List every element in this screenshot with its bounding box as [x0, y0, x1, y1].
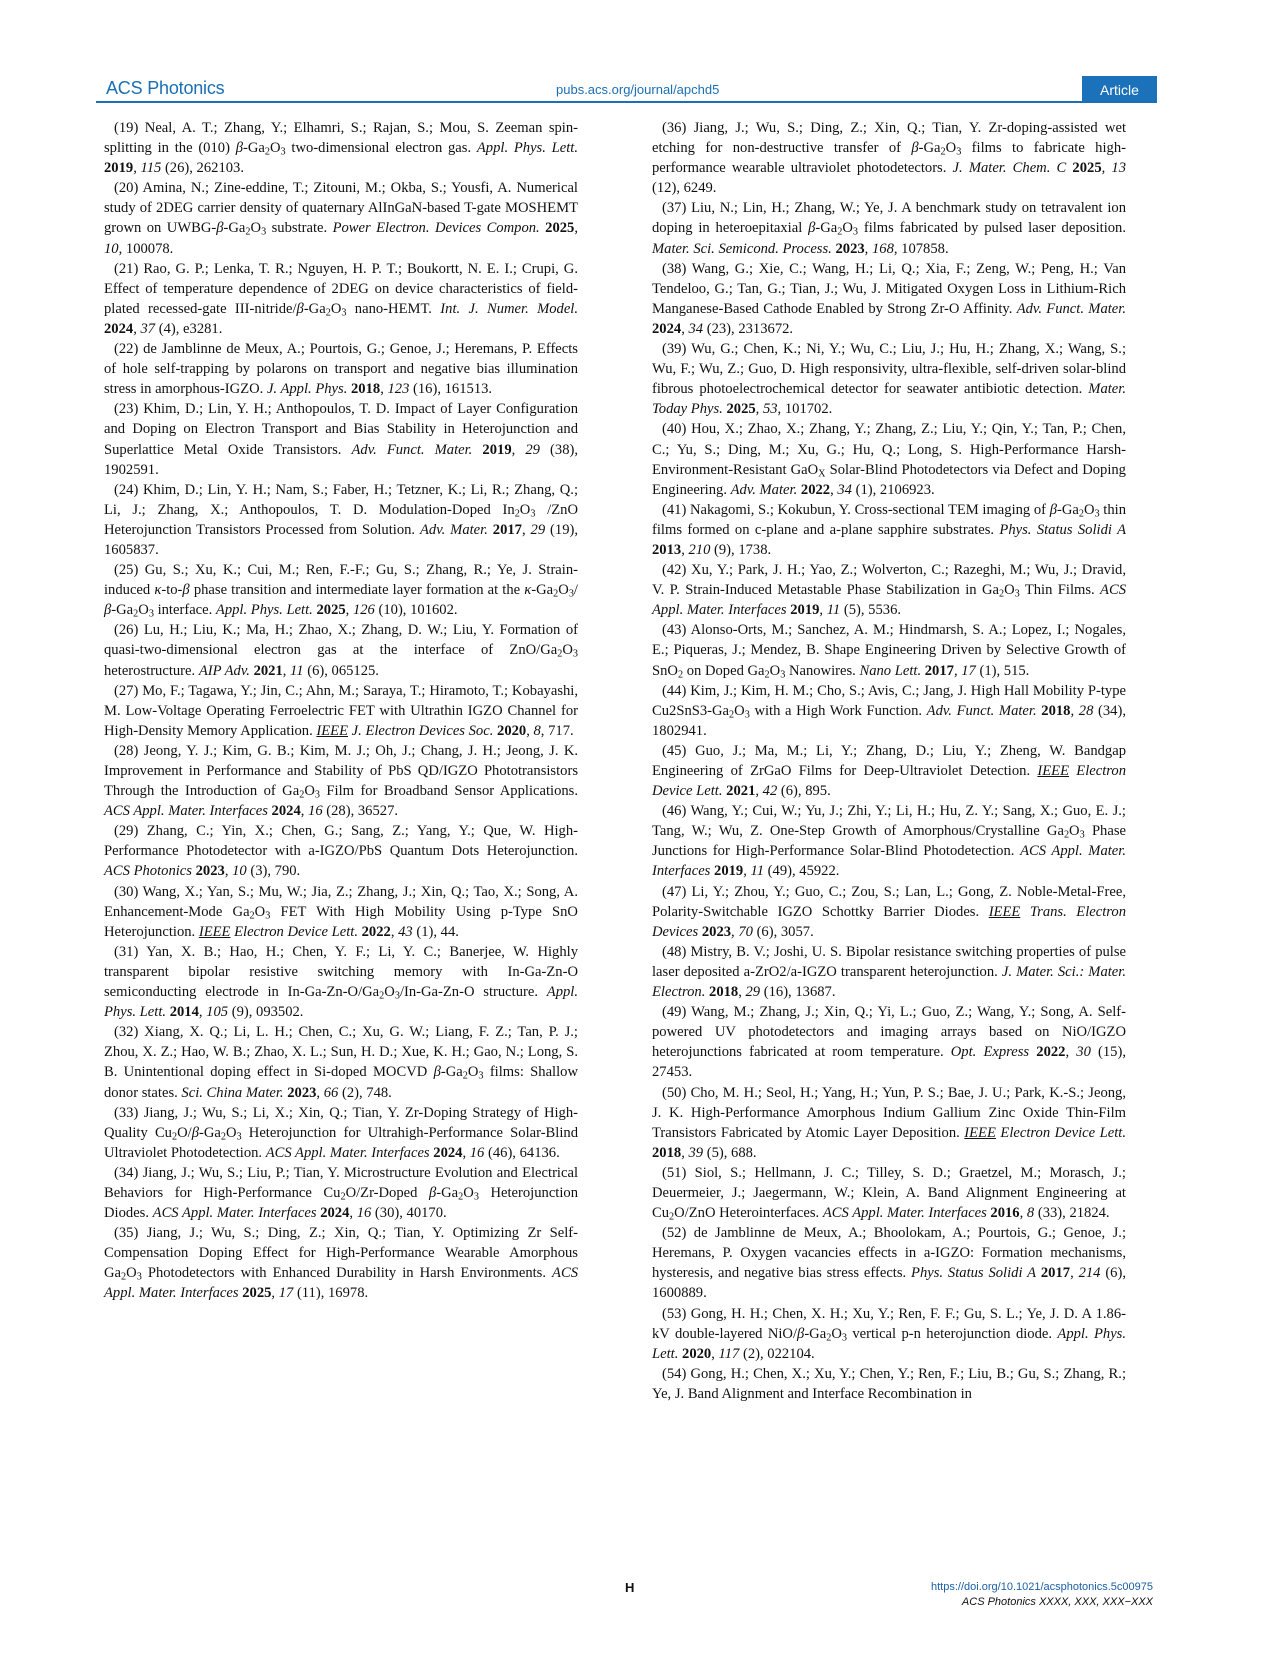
- reference-text: Rao, G. P.; Lenka, T. R.; Nguyen, H. P. …: [104, 261, 578, 337]
- reference-number: (34): [114, 1165, 143, 1181]
- reference-text: Xu, Y.; Park, J. H.; Yao, Z.; Wolverton,…: [652, 562, 1126, 618]
- reference-number: (37): [662, 200, 691, 216]
- reference-text: Jiang, J.; Wu, S.; Li, X.; Xin, Q.; Tian…: [104, 1105, 578, 1161]
- reference-item: (28) Jeong, Y. J.; Kim, G. B.; Kim, M. J…: [104, 741, 578, 821]
- reference-item: (54) Gong, H.; Chen, X.; Xu, Y.; Chen, Y…: [652, 1364, 1126, 1404]
- reference-item: (52) de Jamblinne de Meux, A.; Bhoolokam…: [652, 1223, 1126, 1303]
- reference-item: (48) Mistry, B. V.; Joshi, U. S. Bipolar…: [652, 942, 1126, 1002]
- reference-number: (38): [662, 261, 692, 277]
- reference-number: (43): [662, 622, 691, 638]
- reference-item: (44) Kim, J.; Kim, H. M.; Cho, S.; Avis,…: [652, 681, 1126, 741]
- reference-text: Gu, S.; Xu, K.; Cui, M.; Ren, F.-F.; Gu,…: [104, 562, 578, 618]
- reference-number: (19): [114, 120, 145, 136]
- references-right-column: (36) Jiang, J.; Wu, S.; Ding, Z.; Xin, Q…: [652, 118, 1126, 1404]
- reference-text: Li, Y.; Zhou, Y.; Guo, C.; Zou, S.; Lan,…: [652, 884, 1126, 940]
- citation-line: ACS Photonics XXXX, XXX, XXX−XXX: [962, 1596, 1153, 1608]
- reference-number: (46): [662, 803, 690, 819]
- reference-number: (30): [114, 884, 143, 900]
- journal-url[interactable]: pubs.acs.org/journal/apchd5: [556, 82, 719, 97]
- references-left-column: (19) Neal, A. T.; Zhang, Y.; Elhamri, S.…: [104, 118, 578, 1304]
- reference-number: (42): [662, 562, 691, 578]
- reference-item: (24) Khim, D.; Lin, Y. H.; Nam, S.; Fabe…: [104, 480, 578, 560]
- reference-text: Jiang, J.; Wu, S.; Ding, Z.; Xin, Q.; Ti…: [652, 120, 1126, 196]
- reference-text: Wang, Y.; Cui, W.; Yu, J.; Zhi, Y.; Li, …: [652, 803, 1126, 879]
- reference-text: Mistry, B. V.; Joshi, U. S. Bipolar resi…: [652, 944, 1126, 1000]
- reference-text: Amina, N.; Zine-eddine, T.; Zitouni, M.;…: [104, 180, 578, 256]
- reference-number: (39): [662, 341, 691, 357]
- reference-number: (51): [662, 1165, 695, 1181]
- reference-number: (36): [662, 120, 694, 136]
- reference-text: Zhang, C.; Yin, X.; Chen, G.; Sang, Z.; …: [104, 823, 578, 879]
- reference-text: Hou, X.; Zhao, X.; Zhang, Y.; Zhang, Z.;…: [652, 421, 1126, 497]
- reference-text: de Jamblinne de Meux, A.; Bhoolokam, A.;…: [652, 1225, 1126, 1301]
- reference-item: (19) Neal, A. T.; Zhang, Y.; Elhamri, S.…: [104, 118, 578, 178]
- reference-text: Khim, D.; Lin, Y. H.; Nam, S.; Faber, H.…: [104, 482, 578, 558]
- reference-text: Wu, G.; Chen, K.; Ni, Y.; Wu, C.; Liu, J…: [652, 341, 1126, 417]
- reference-text: Lu, H.; Liu, K.; Ma, H.; Zhao, X.; Zhang…: [104, 622, 578, 678]
- reference-number: (44): [662, 683, 690, 699]
- reference-text: Khim, D.; Lin, Y. H.; Anthopoulos, T. D.…: [104, 401, 578, 477]
- reference-number: (49): [662, 1004, 691, 1020]
- reference-number: (45): [662, 743, 695, 759]
- reference-item: (51) Siol, S.; Hellmann, J. C.; Tilley, …: [652, 1163, 1126, 1223]
- reference-item: (26) Lu, H.; Liu, K.; Ma, H.; Zhao, X.; …: [104, 620, 578, 680]
- reference-item: (41) Nakagomi, S.; Kokubun, Y. Cross-sec…: [652, 500, 1126, 560]
- reference-text: Wang, X.; Yan, S.; Mu, W.; Jia, Z.; Zhan…: [104, 884, 578, 940]
- header-divider: [96, 101, 1157, 103]
- reference-number: (28): [114, 743, 144, 759]
- reference-text: Jeong, Y. J.; Kim, G. B.; Kim, M. J.; Oh…: [104, 743, 578, 819]
- reference-item: (50) Cho, M. H.; Seol, H.; Yang, H.; Yun…: [652, 1083, 1126, 1163]
- reference-text: Siol, S.; Hellmann, J. C.; Tilley, S. D.…: [652, 1165, 1126, 1221]
- reference-number: (27): [114, 683, 142, 699]
- reference-item: (29) Zhang, C.; Yin, X.; Chen, G.; Sang,…: [104, 821, 578, 881]
- reference-item: (45) Guo, J.; Ma, M.; Li, Y.; Zhang, D.;…: [652, 741, 1126, 801]
- reference-item: (20) Amina, N.; Zine-eddine, T.; Zitouni…: [104, 178, 578, 258]
- reference-text: Cho, M. H.; Seol, H.; Yang, H.; Yun, P. …: [652, 1085, 1126, 1161]
- reference-number: (23): [114, 401, 143, 417]
- reference-number: (25): [114, 562, 145, 578]
- reference-item: (49) Wang, M.; Zhang, J.; Xin, Q.; Yi, L…: [652, 1002, 1126, 1082]
- reference-item: (25) Gu, S.; Xu, K.; Cui, M.; Ren, F.-F.…: [104, 560, 578, 620]
- reference-number: (32): [114, 1024, 144, 1040]
- reference-item: (53) Gong, H. H.; Chen, X. H.; Xu, Y.; R…: [652, 1304, 1126, 1364]
- reference-text: Wang, G.; Xie, C.; Wang, H.; Li, Q.; Xia…: [652, 261, 1126, 337]
- reference-number: (24): [114, 482, 143, 498]
- reference-number: (29): [114, 823, 147, 839]
- reference-number: (26): [114, 622, 144, 638]
- reference-item: (23) Khim, D.; Lin, Y. H.; Anthopoulos, …: [104, 399, 578, 479]
- reference-item: (47) Li, Y.; Zhou, Y.; Guo, C.; Zou, S.;…: [652, 882, 1126, 942]
- reference-item: (42) Xu, Y.; Park, J. H.; Yao, Z.; Wolve…: [652, 560, 1126, 620]
- page-header: ACS Photonics pubs.acs.org/journal/apchd…: [96, 78, 1157, 103]
- reference-number: (50): [662, 1085, 691, 1101]
- reference-text: Yan, X. B.; Hao, H.; Chen, Y. F.; Li, Y.…: [104, 944, 578, 1020]
- reference-number: (21): [114, 261, 143, 277]
- reference-text: Nakagomi, S.; Kokubun, Y. Cross-sectiona…: [652, 502, 1126, 558]
- reference-item: (39) Wu, G.; Chen, K.; Ni, Y.; Wu, C.; L…: [652, 339, 1126, 419]
- reference-number: (41): [662, 502, 690, 518]
- reference-item: (32) Xiang, X. Q.; Li, L. H.; Chen, C.; …: [104, 1022, 578, 1102]
- reference-item: (36) Jiang, J.; Wu, S.; Ding, Z.; Xin, Q…: [652, 118, 1126, 198]
- reference-number: (35): [114, 1225, 147, 1241]
- reference-number: (40): [662, 421, 691, 437]
- reference-item: (33) Jiang, J.; Wu, S.; Li, X.; Xin, Q.;…: [104, 1103, 578, 1163]
- reference-text: Neal, A. T.; Zhang, Y.; Elhamri, S.; Raj…: [104, 120, 578, 176]
- doi-link[interactable]: https://doi.org/10.1021/acsphotonics.5c0…: [931, 1581, 1153, 1593]
- reference-number: (31): [114, 944, 146, 960]
- reference-item: (27) Mo, F.; Tagawa, Y.; Jin, C.; Ahn, M…: [104, 681, 578, 741]
- reference-item: (34) Jiang, J.; Wu, S.; Liu, P.; Tian, Y…: [104, 1163, 578, 1223]
- reference-number: (53): [662, 1306, 691, 1322]
- reference-text: Liu, N.; Lin, H.; Zhang, W.; Ye, J. A be…: [652, 200, 1126, 256]
- reference-item: (38) Wang, G.; Xie, C.; Wang, H.; Li, Q.…: [652, 259, 1126, 339]
- reference-item: (21) Rao, G. P.; Lenka, T. R.; Nguyen, H…: [104, 259, 578, 339]
- reference-item: (37) Liu, N.; Lin, H.; Zhang, W.; Ye, J.…: [652, 198, 1126, 258]
- reference-item: (35) Jiang, J.; Wu, S.; Ding, Z.; Xin, Q…: [104, 1223, 578, 1303]
- journal-name: ACS Photonics: [106, 78, 224, 99]
- reference-number: (22): [114, 341, 143, 357]
- reference-item: (43) Alonso-Orts, M.; Sanchez, A. M.; Hi…: [652, 620, 1126, 680]
- reference-item: (22) de Jamblinne de Meux, A.; Pourtois,…: [104, 339, 578, 399]
- reference-text: Gong, H. H.; Chen, X. H.; Xu, Y.; Ren, F…: [652, 1306, 1126, 1362]
- reference-text: Guo, J.; Ma, M.; Li, Y.; Zhang, D.; Liu,…: [652, 743, 1126, 799]
- reference-number: (20): [114, 180, 142, 196]
- reference-text: Jiang, J.; Wu, S.; Ding, Z.; Xin, Q.; Ti…: [104, 1225, 578, 1301]
- reference-number: (47): [662, 884, 691, 900]
- reference-number: (48): [662, 944, 690, 960]
- reference-item: (31) Yan, X. B.; Hao, H.; Chen, Y. F.; L…: [104, 942, 578, 1022]
- reference-item: (46) Wang, Y.; Cui, W.; Yu, J.; Zhi, Y.;…: [652, 801, 1126, 881]
- reference-text: Alonso-Orts, M.; Sanchez, A. M.; Hindmar…: [652, 622, 1126, 678]
- reference-item: (30) Wang, X.; Yan, S.; Mu, W.; Jia, Z.;…: [104, 882, 578, 942]
- reference-number: (33): [114, 1105, 144, 1121]
- reference-text: Jiang, J.; Wu, S.; Liu, P.; Tian, Y. Mic…: [104, 1165, 578, 1221]
- article-badge: Article: [1082, 76, 1157, 103]
- page-footer: H https://doi.org/10.1021/acsphotonics.5…: [0, 1580, 1266, 1620]
- reference-text: Mo, F.; Tagawa, Y.; Jin, C.; Ahn, M.; Sa…: [104, 683, 578, 739]
- reference-number: (52): [662, 1225, 694, 1241]
- reference-item: (40) Hou, X.; Zhao, X.; Zhang, Y.; Zhang…: [652, 419, 1126, 499]
- reference-text: Kim, J.; Kim, H. M.; Cho, S.; Avis, C.; …: [652, 683, 1126, 739]
- reference-text: Wang, M.; Zhang, J.; Xin, Q.; Yi, L.; Gu…: [652, 1004, 1126, 1080]
- reference-text: de Jamblinne de Meux, A.; Pourtois, G.; …: [104, 341, 578, 397]
- reference-number: (54): [662, 1366, 690, 1382]
- reference-text: Xiang, X. Q.; Li, L. H.; Chen, C.; Xu, G…: [104, 1024, 578, 1100]
- reference-text: Gong, H.; Chen, X.; Xu, Y.; Chen, Y.; Re…: [652, 1366, 1126, 1402]
- page-number: H: [625, 1580, 634, 1595]
